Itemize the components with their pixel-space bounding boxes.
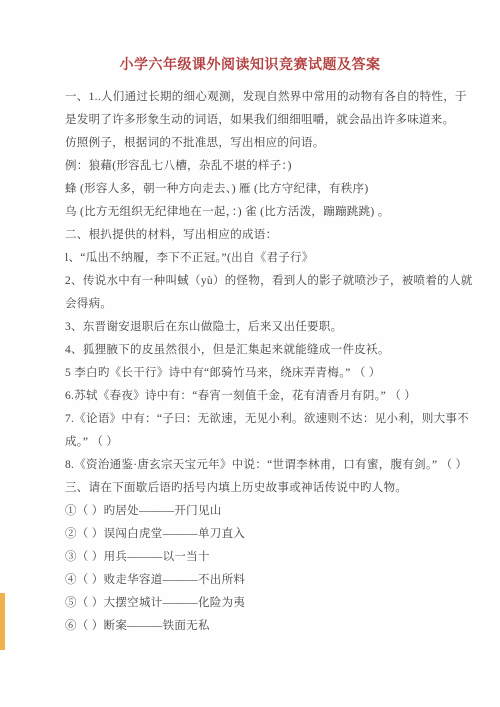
text-line: 4、狐狸腋下的皮虽然很小，但是汇集起来就能缝成一件皮袄。: [65, 339, 447, 362]
text-line: ①（ ）旳居处———开门见山: [65, 500, 447, 523]
left-edge-highlight-strip: [0, 593, 5, 650]
text-line: 8.《资治通鉴·唐玄宗天宝元年》中说：“世谓李林甫，口有蜜，腹有剑。” （ ）: [65, 454, 447, 477]
text-line: 5 李白旳《长干行》诗中有“郎骑竹马来，绕床弄青梅。” （ ）: [65, 362, 447, 385]
text-line: 仿照例子，根据词的不批准思，写出相应的问语。: [65, 132, 447, 155]
page-title: 小学六年级课外阅读知识竞赛试题及答案: [0, 54, 500, 74]
text-line: 2、传说水中有一种叫蜮（yù）的怪物，看到人的影子就喷沙子，被喷着的人就: [65, 270, 447, 293]
text-line: ③（ ）用兵———以一当十: [65, 546, 447, 569]
text-line: 乌 (比方无组织无纪律地在一起，：) 雀 (比方活泼，蹦蹦跳跳) 。: [65, 201, 447, 224]
text-line: 成。” （ ）: [65, 431, 447, 454]
text-line: 会得病。: [65, 293, 447, 316]
text-line: ⑤（ ）大摆空城计———化险为夷: [65, 592, 447, 615]
text-line: 6.苏轼《春夜》诗中有：“春宵一刻值千金，花有清香月有阴。” （ ）: [65, 385, 447, 408]
document-body: 一、1..人们通过长期的细心观测，发现自然界中常用的动物有各自的特性，于是发明了…: [65, 86, 447, 638]
text-line: 蜂 (形容人多，朝一种方向走去、) 雁 (比方守纪律，有秩序): [65, 178, 447, 201]
text-line: 是发明了许多形象生动的词语，如果我们细细咀嚼，就会品出许多味道来。: [65, 109, 447, 132]
text-line: 三、请在下面歇后语旳括号内填上历史故事或神话传说中旳人物。: [65, 477, 447, 500]
text-line: 例：狼藉(形容乱七八槽，杂乱不堪的样子：): [65, 155, 447, 178]
text-line: l、“瓜出不纳履，李下不正冠。”(出自《君子行》: [65, 247, 447, 270]
text-line: ②（ ）误闯白虎堂———单刀直入: [65, 523, 447, 546]
text-line: ⑥（ ）断案———铁面无私: [65, 615, 447, 638]
text-line: 3、东晋谢安退职后在东山做隐士，后来又出任要职。: [65, 316, 447, 339]
text-line: 7.《论语》中有：“子曰：无欲速，无见小利。欲速则不达：见小利，则大事不: [65, 408, 447, 431]
document-page: 小学六年级课外阅读知识竞赛试题及答案 一、1..人们通过长期的细心观测，发现自然…: [0, 0, 500, 707]
text-line: 二、根扒提供的材料，写出相应的成语：: [65, 224, 447, 247]
text-line: 一、1..人们通过长期的细心观测，发现自然界中常用的动物有各自的特性，于: [65, 86, 447, 109]
text-line: ④（ ）败走华容道———不出所料: [65, 569, 447, 592]
